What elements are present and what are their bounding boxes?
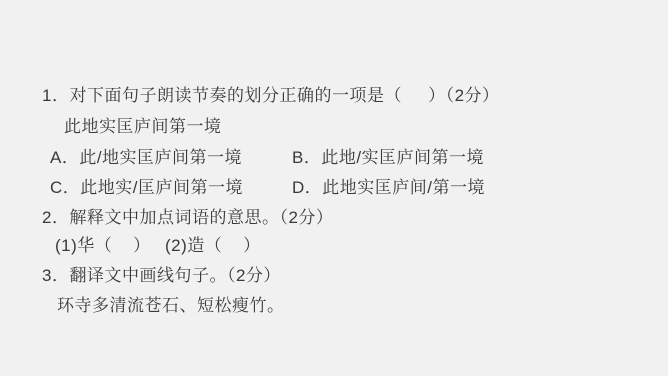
question-1-option-a: A．此/地实匡庐间第一境 [50,148,242,168]
question-2-blank-2: (2)造（ ） [165,236,261,256]
question-3-prompt: 3．翻译文中画线句子。（2分） [42,266,281,286]
question-1-sentence: 此地实匡庐间第一境 [64,117,222,137]
question-1-option-d: D．此地实匡庐间/第一境 [292,178,485,198]
question-1-option-b: B．此地/实匡庐间第一境 [292,148,484,168]
question-3-sentence: 环寺多清流苍石、短松瘦竹。 [57,296,285,316]
worksheet-page: 1．对下面句子朗读节奏的划分正确的一项是（ ）（2分） 此地实匡庐间第一境 A．… [0,0,668,376]
question-1-prompt: 1．对下面句子朗读节奏的划分正确的一项是（ ）（2分） [42,86,500,106]
question-2-prompt: 2．解释文中加点词语的意思。（2分） [42,208,333,228]
question-2-blank-1: (1)华（ ） [55,236,151,256]
question-1-option-c: C．此地实/匡庐间第一境 [50,178,243,198]
